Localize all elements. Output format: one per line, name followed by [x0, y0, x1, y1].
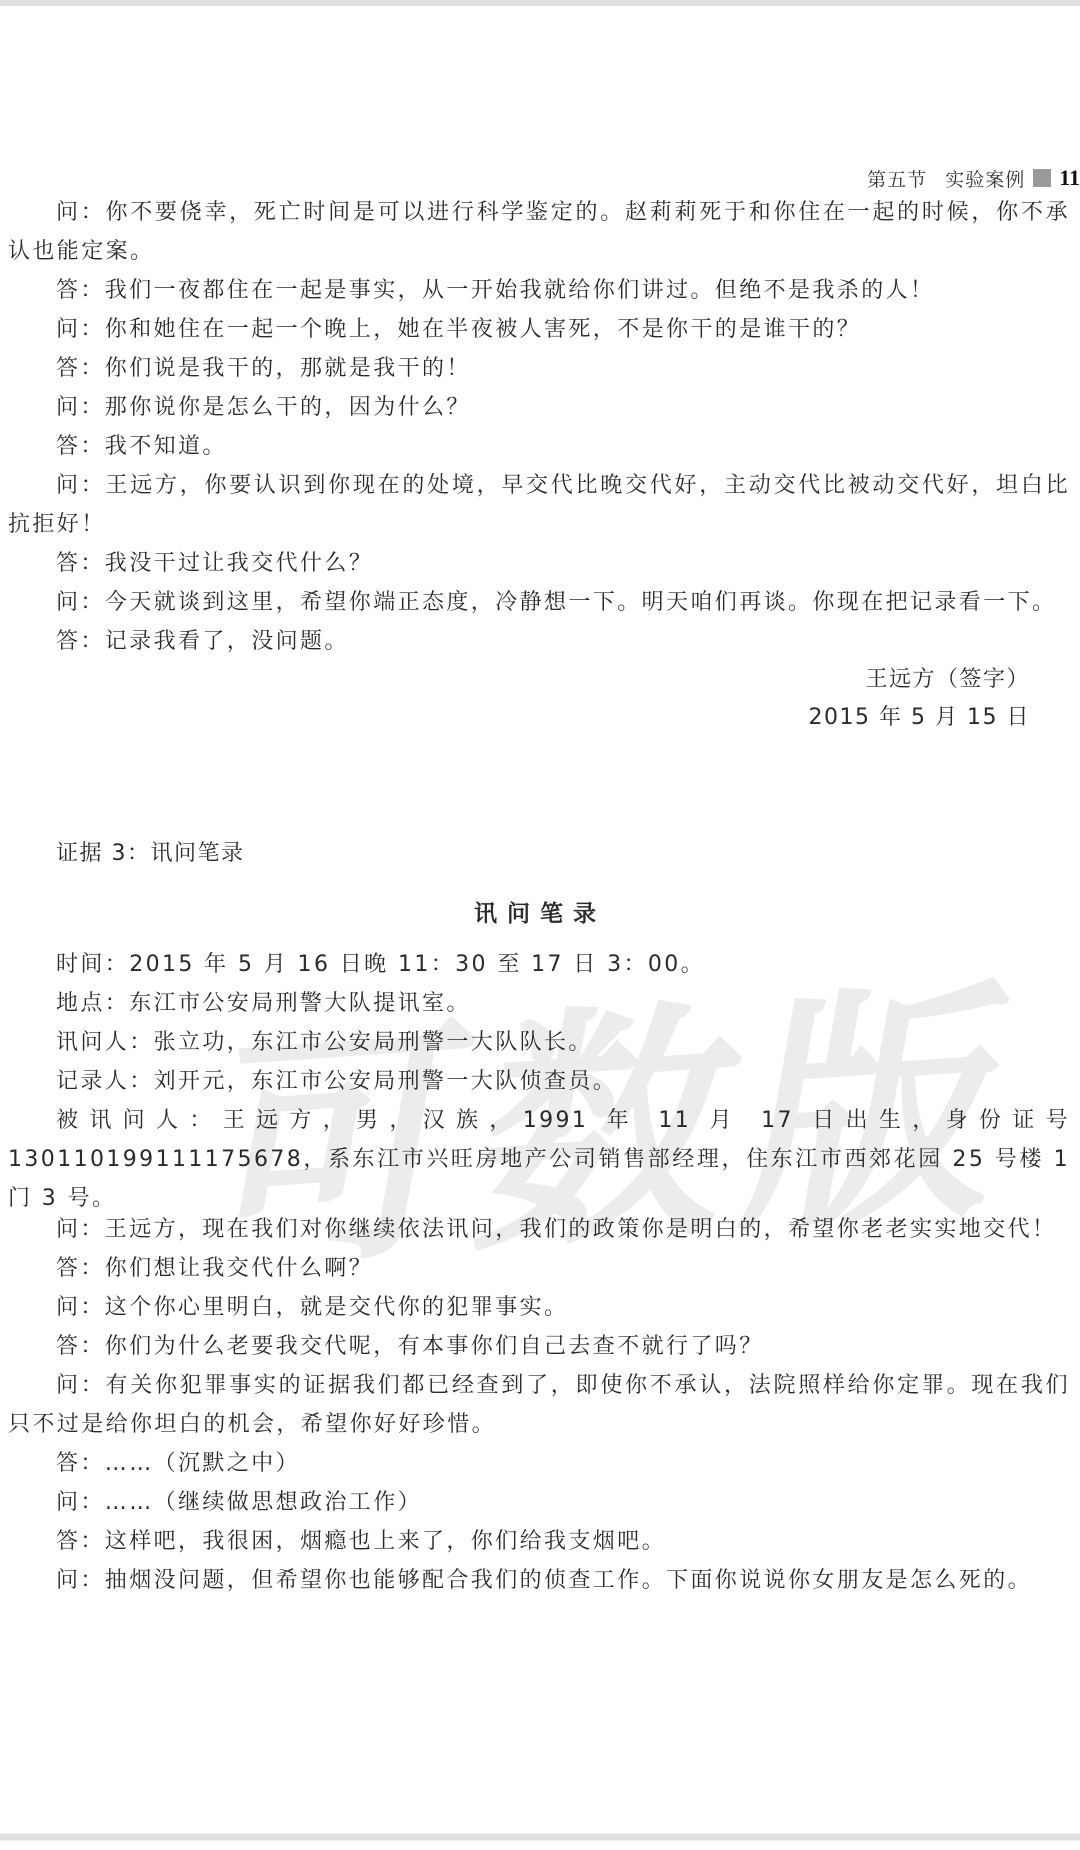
header-square-marker-icon: [1033, 169, 1051, 187]
dialogue-line: 问：抽烟没问题，但希望你也能够配合我们的侦查工作。下面你说说你女朋友是怎么死的。: [8, 1561, 1070, 1600]
dialogue-line: 问：有关你犯罪事实的证据我们都已经查到了，即使你不承认，法院照样给你定罪。现在我…: [8, 1366, 1070, 1444]
record-time: 时间：2015 年 5 月 16 日晚 11：30 至 17 日 3：00。: [8, 945, 1070, 984]
section-title: 实验案例: [945, 165, 1025, 192]
dialogue-line: 答：……（沉默之中）: [8, 1444, 1070, 1483]
dialogue-line: 答：你们说是我干的，那就是我干的！: [8, 349, 1070, 388]
signature: 王远方（签字）: [8, 661, 1070, 699]
previous-record-continuation: 问：你不要侥幸，死亡时间是可以进行科学鉴定的。赵莉莉死于和你住在一起的时候，你不…: [8, 193, 1070, 737]
record-recorder: 记录人：刘开元，东江市公安局刑警一大队侦查员。: [8, 1062, 1070, 1101]
record-dialogue: 问：王远方，现在我们对你继续依法讯问，我们的政策你是明白的，希望你老老实实地交代…: [8, 1210, 1070, 1600]
dialogue-line: 答：你们想让我交代什么啊？: [8, 1249, 1070, 1288]
dialogue-line: 问：今天就谈到这里，希望你端正态度，冷静想一下。明天咱们再谈。你现在把记录看一下…: [8, 583, 1070, 622]
dialogue-line: 问：那你说你是怎么干的，因为什么？: [8, 388, 1070, 427]
running-header: 第五节 实验案例 11: [867, 166, 1080, 190]
dialogue-line: 答：我没干过让我交代什么？: [8, 544, 1070, 583]
record-interrogator: 讯问人：张立功，东江市公安局刑警一大队队长。: [8, 1023, 1070, 1062]
evidence-label: 证据 3：讯问笔录: [56, 836, 245, 867]
signature-date: 2015 年 5 月 15 日: [8, 699, 1070, 737]
record-header-info: 时间：2015 年 5 月 16 日晚 11：30 至 17 日 3：00。 地…: [8, 945, 1070, 1218]
dialogue-line: 答：我们一夜都住在一起是事实，从一开始我就给你们讲过。但绝不是我杀的人！: [8, 271, 1070, 310]
top-edge-bar: [0, 0, 1080, 6]
dialogue-line: 答：记录我看了，没问题。: [8, 622, 1070, 661]
dialogue-line: 问：王远方，你要认识到你现在的处境，早交代比晚交代好，主动交代比被动交代好，坦白…: [8, 466, 1070, 544]
dialogue-line: 问：王远方，现在我们对你继续依法讯问，我们的政策你是明白的，希望你老老实实地交代…: [8, 1210, 1070, 1249]
section-label: 第五节: [867, 165, 927, 192]
record-title: 讯问笔录: [0, 895, 1080, 928]
dialogue-line: 问：你不要侥幸，死亡时间是可以进行科学鉴定的。赵莉莉死于和你住在一起的时候，你不…: [8, 193, 1070, 271]
dialogue-line: 问：……（继续做思想政治工作）: [8, 1483, 1070, 1522]
dialogue-line: 答：你们为什么老要我交代呢，有本事你们自己去查不就行了吗？: [8, 1327, 1070, 1366]
dialogue-line: 问：你和她住在一起一个晚上，她在半夜被人害死，不是你干的是谁干的？: [8, 310, 1070, 349]
dialogue-line: 问：这个你心里明白，就是交代你的犯罪事实。: [8, 1288, 1070, 1327]
record-location: 地点：东江市公安局刑警大队提讯室。: [8, 984, 1070, 1023]
page-number: 11: [1059, 165, 1080, 191]
dialogue-line: 答：这样吧，我很困，烟瘾也上来了，你们给我支烟吧。: [8, 1522, 1070, 1561]
record-subject: 被讯问人：王远方，男，汉族，1991 年 11 月 17 日出生，身份证号 13…: [8, 1101, 1070, 1218]
bottom-edge-bar: [0, 1833, 1080, 1841]
dialogue-line: 答：我不知道。: [8, 427, 1070, 466]
